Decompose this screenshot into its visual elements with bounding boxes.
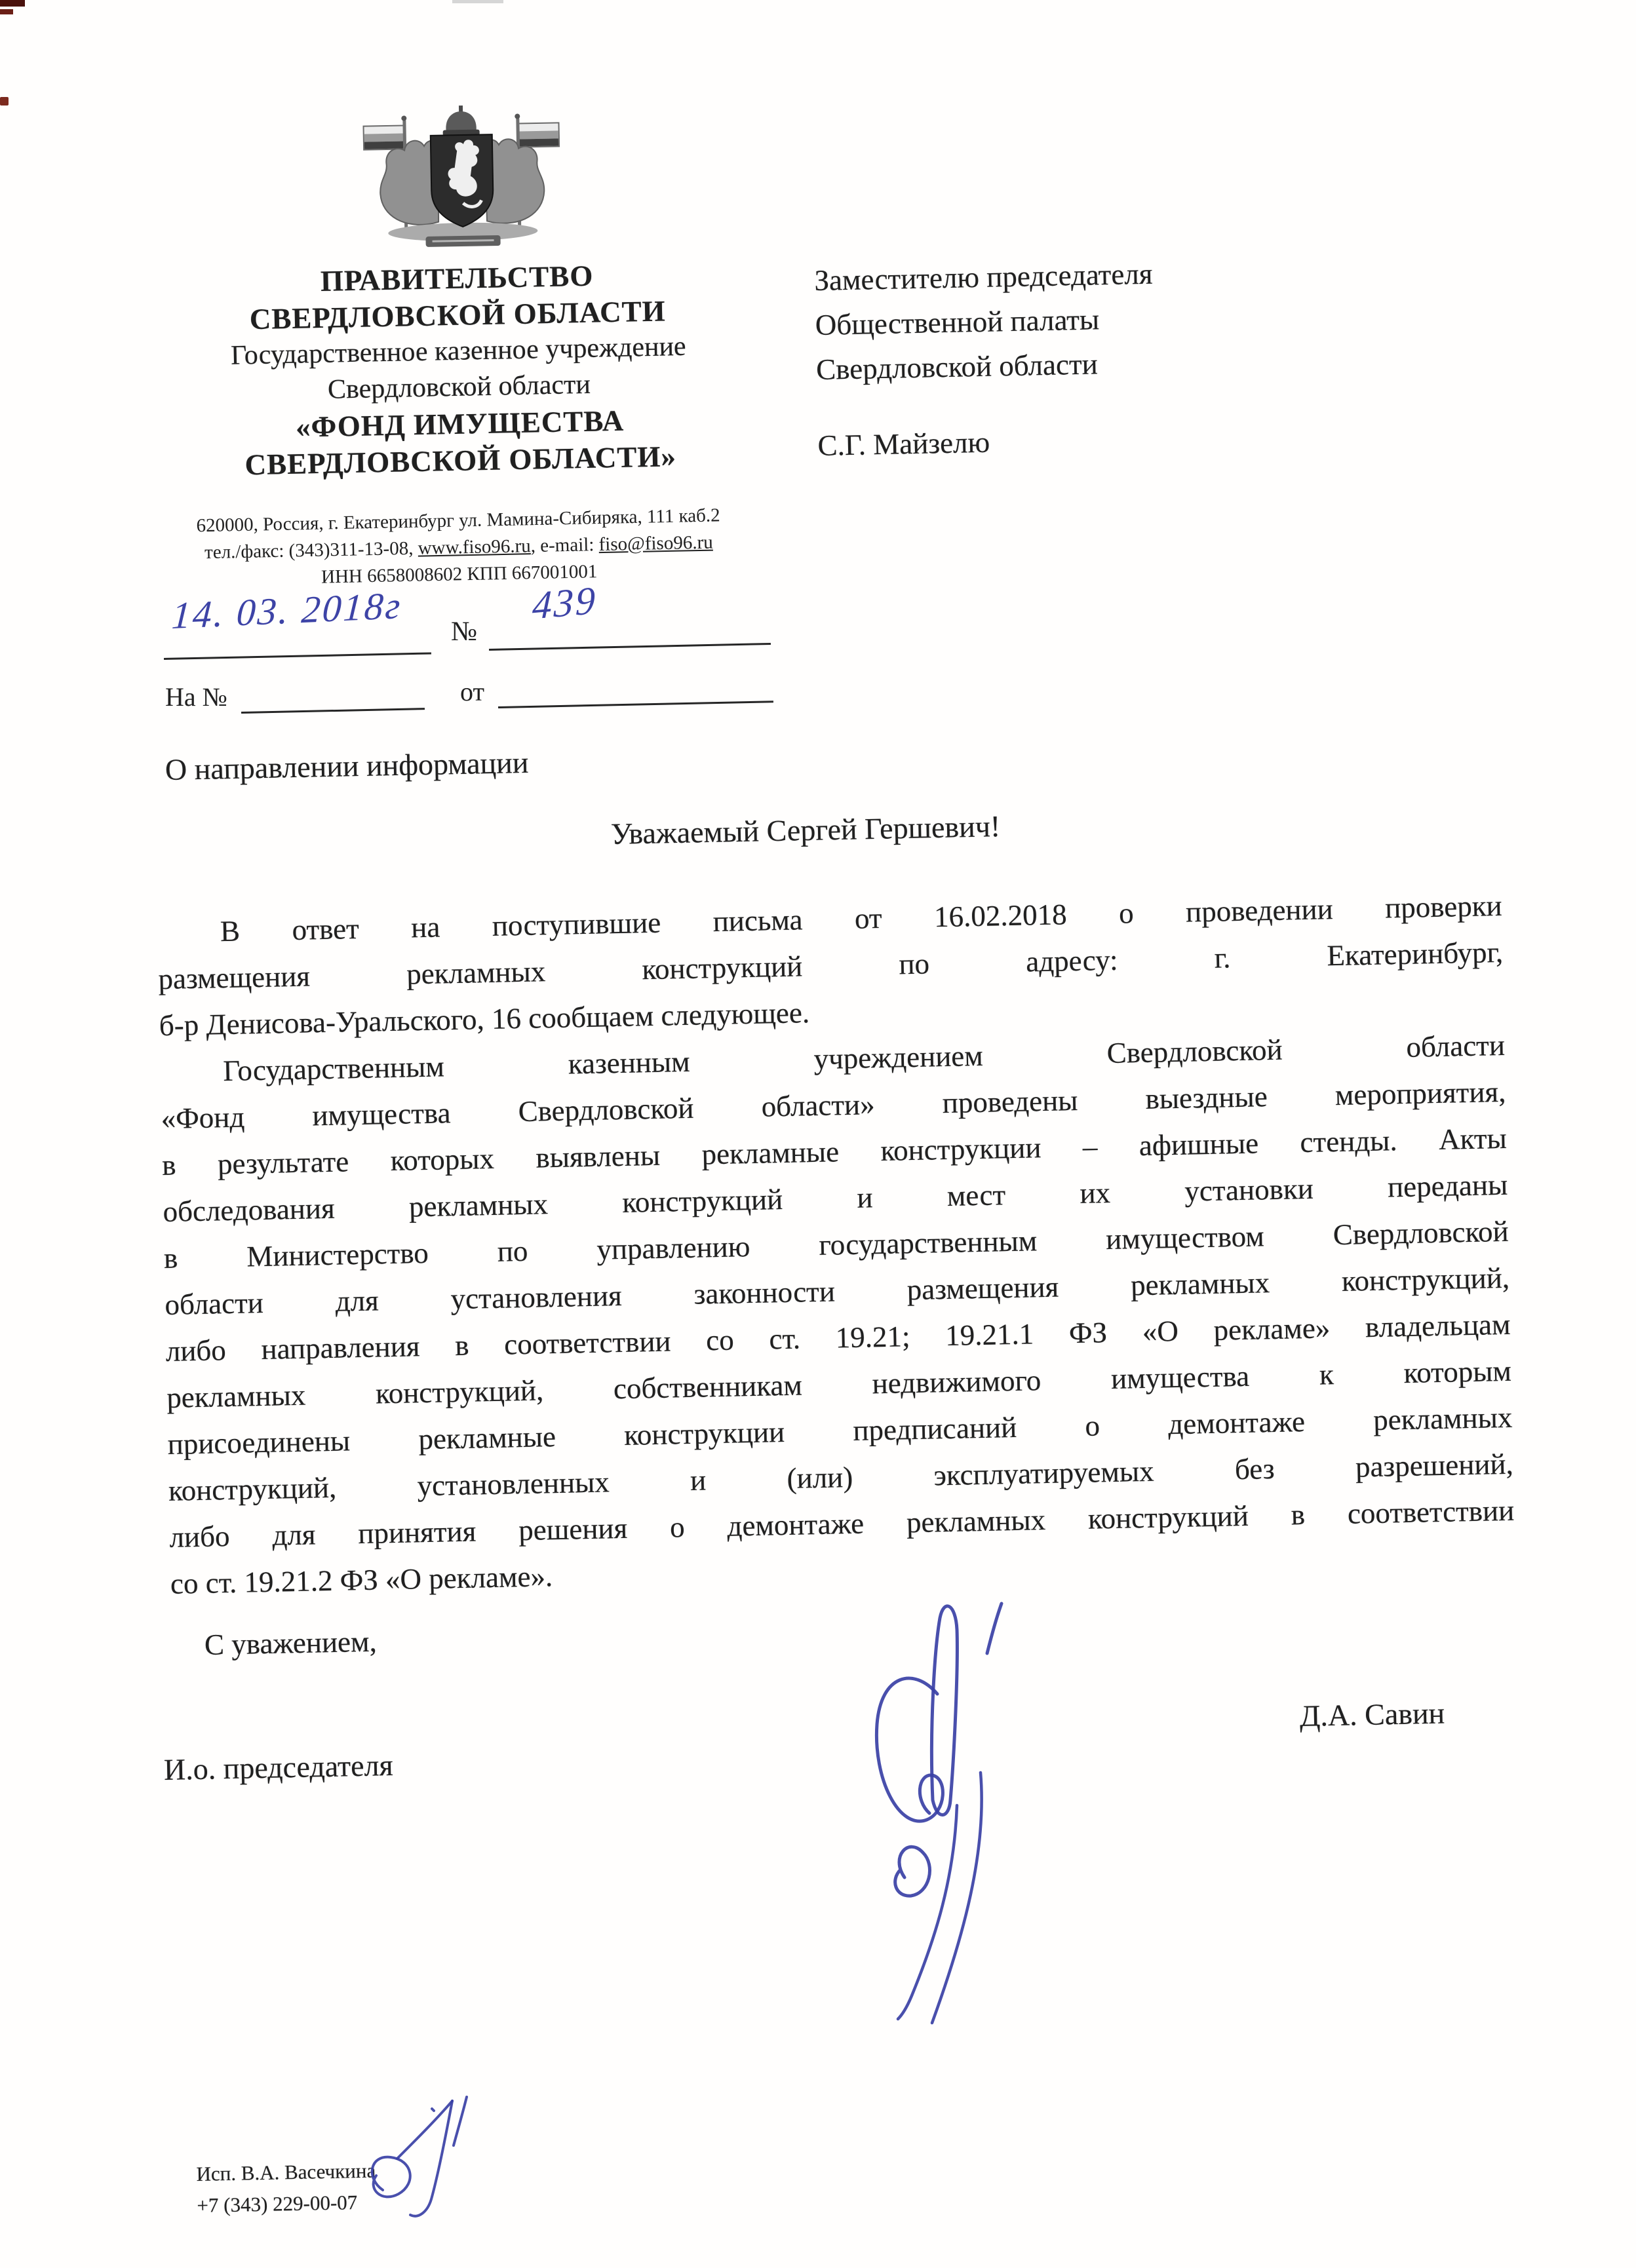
handwritten-number: 439 [532, 577, 598, 628]
letterhead-address-block: 620000, Россия, г. Екатеринбург ул. Мами… [144, 501, 774, 594]
letterhead-org-block: ПРАВИТЕЛЬСТВО СВЕРДЛОВСКОЙ ОБЛАСТИ Госуд… [155, 254, 763, 485]
signature-scribble [859, 1569, 1016, 2028]
recipient-name: С.Г. Майзелю [817, 413, 1316, 468]
recipient-block: Заместителю председателя Общественной па… [814, 248, 1316, 468]
scan-artifact [0, 97, 9, 106]
subject-line: О направлении информации [165, 745, 528, 787]
from-label: от [460, 676, 484, 707]
scan-artifact [452, 0, 503, 3]
letter-body: В ответ на поступившие письма от 16.02.2… [157, 883, 1515, 1607]
executor-block: Исп. В.А. Васечкина +7 (343) 229-00-07 [196, 2155, 377, 2221]
recipient-line3: Свердловской области [816, 337, 1315, 392]
executor-name: Исп. В.А. Васечкина [196, 2155, 376, 2190]
scanned-letter-page: ПРАВИТЕЛЬСТВО СВЕРДЛОВСКОЙ ОБЛАСТИ Госуд… [0, 0, 1636, 2268]
scan-artifact [0, 9, 13, 14]
greeting-line: Уважаемый Сергей Гершевич! [610, 809, 1000, 851]
on-number-underline [241, 708, 425, 714]
closing-salutation: С уважением, [204, 1624, 377, 1662]
number-sign-label: № [451, 616, 477, 647]
scan-artifact [0, 0, 25, 7]
website-link: www.fiso96.ru [418, 535, 531, 558]
coat-of-arms-emblem [346, 103, 578, 261]
from-underline [498, 701, 773, 708]
executor-signature-scribble [354, 2090, 485, 2235]
email-label: , e-mail: [530, 534, 599, 556]
date-underline [164, 652, 431, 660]
executor-phone: +7 (343) 229-00-07 [197, 2187, 377, 2221]
email-link: fiso@fiso96.ru [598, 532, 713, 555]
phone-fax: тел./факс: (343)311-13-08, [204, 538, 418, 564]
signer-position: И.о. председателя [163, 1748, 393, 1787]
number-underline [489, 643, 771, 651]
signer-name: Д.А. Савин [1299, 1696, 1445, 1733]
on-number-label: На № [165, 682, 227, 712]
